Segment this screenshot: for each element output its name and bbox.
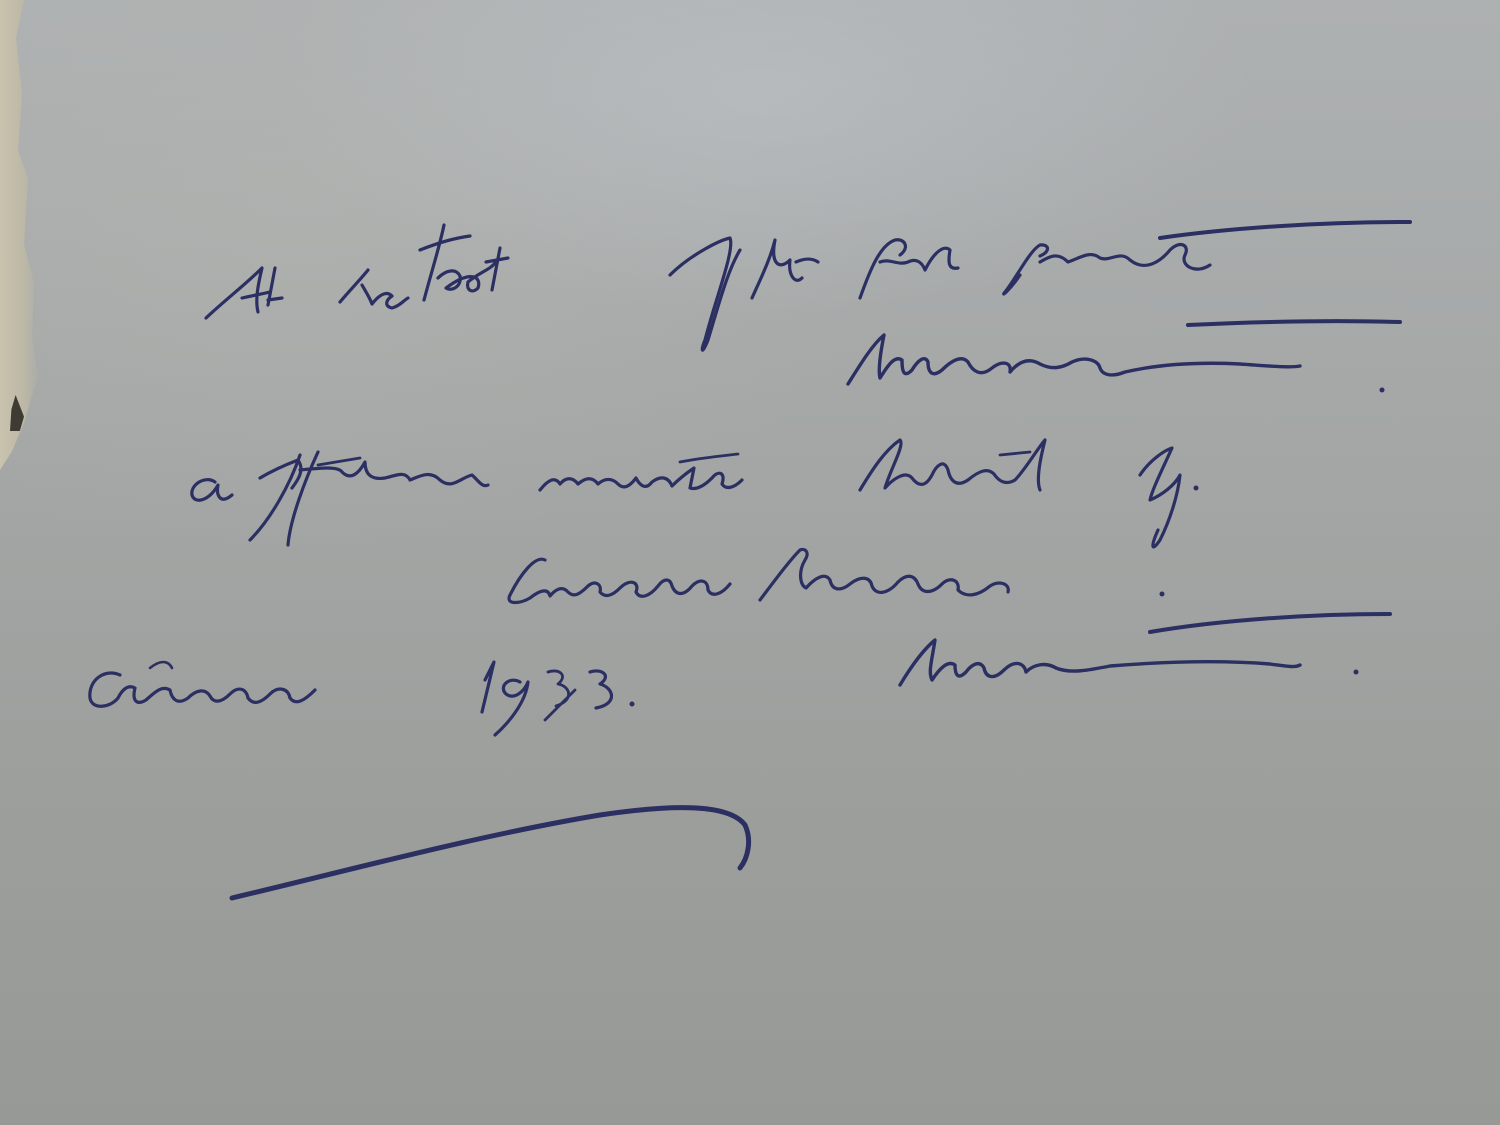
inscription-line-3: A fifteen minute sketch by — [190, 455, 1198, 520]
inscription-line-2: Montreal. — [845, 345, 1084, 401]
inscription-date: Christmas 1933. — [85, 660, 563, 718]
inscription-place: Montreal. — [900, 640, 1129, 694]
underline-flourish — [232, 808, 749, 898]
inscription-line-4-signature: Lincoln Morris. — [500, 560, 890, 618]
inscription-line-1: At the Foot of McGill Street — [205, 255, 1159, 320]
